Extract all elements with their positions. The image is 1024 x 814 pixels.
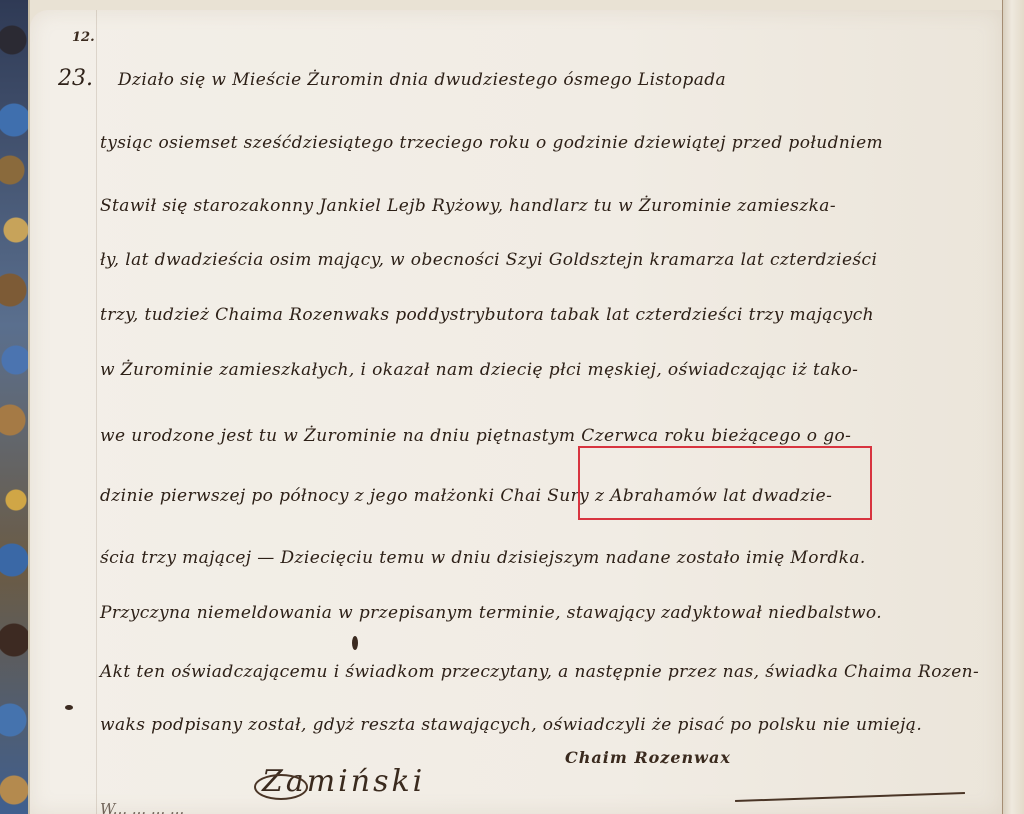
folio-number: 12. [72, 30, 95, 45]
record-line-3: Stawił się starozakonny Jankiel Lejb Ryż… [100, 196, 1000, 216]
marbled-book-binding [0, 0, 30, 814]
margin-rule [96, 10, 97, 814]
record-line-4: ły, lat dwadzieścia osim mający, w obecn… [100, 250, 1000, 270]
record-line-12: waks podpisany został, gdyż reszta stawa… [100, 715, 1000, 735]
record-line-10: Przyczyna niemeldowania w przepisanym te… [100, 603, 1000, 623]
record-line-7: we urodzone jest tu w Żurominie na dniu … [100, 426, 1000, 446]
ink-blot [352, 636, 358, 650]
record-line-6: w Żurominie zamieszkałych, i okazał nam … [100, 360, 1000, 380]
record-line-2: tysiąc osiemset sześćdziesiątego trzecie… [100, 133, 1000, 153]
partial-next-entry-line: W... ... ... ... [100, 800, 184, 814]
highlight-box-mother-name: Chai Sury z Abrahamów [578, 446, 872, 520]
record-line-9: ścia trzy mającej — Dziecięciu temu w dn… [100, 548, 1000, 568]
entry-number: 23. [58, 66, 93, 91]
record-line-1: Działo się w Mieście Żuromin dnia dwudzi… [118, 70, 1018, 90]
official-signature: Zamiński [262, 764, 425, 799]
ledger-page [30, 10, 1002, 814]
record-line-11: Akt ten oświadczającemu i świadkom przec… [100, 662, 1000, 682]
adjacent-page-edge [1002, 0, 1024, 814]
witness-signature: Chaim Rozenwax [565, 748, 731, 767]
record-line-5: trzy, tudzież Chaima Rozenwaks poddystry… [100, 305, 1000, 325]
ink-blot [65, 705, 73, 710]
